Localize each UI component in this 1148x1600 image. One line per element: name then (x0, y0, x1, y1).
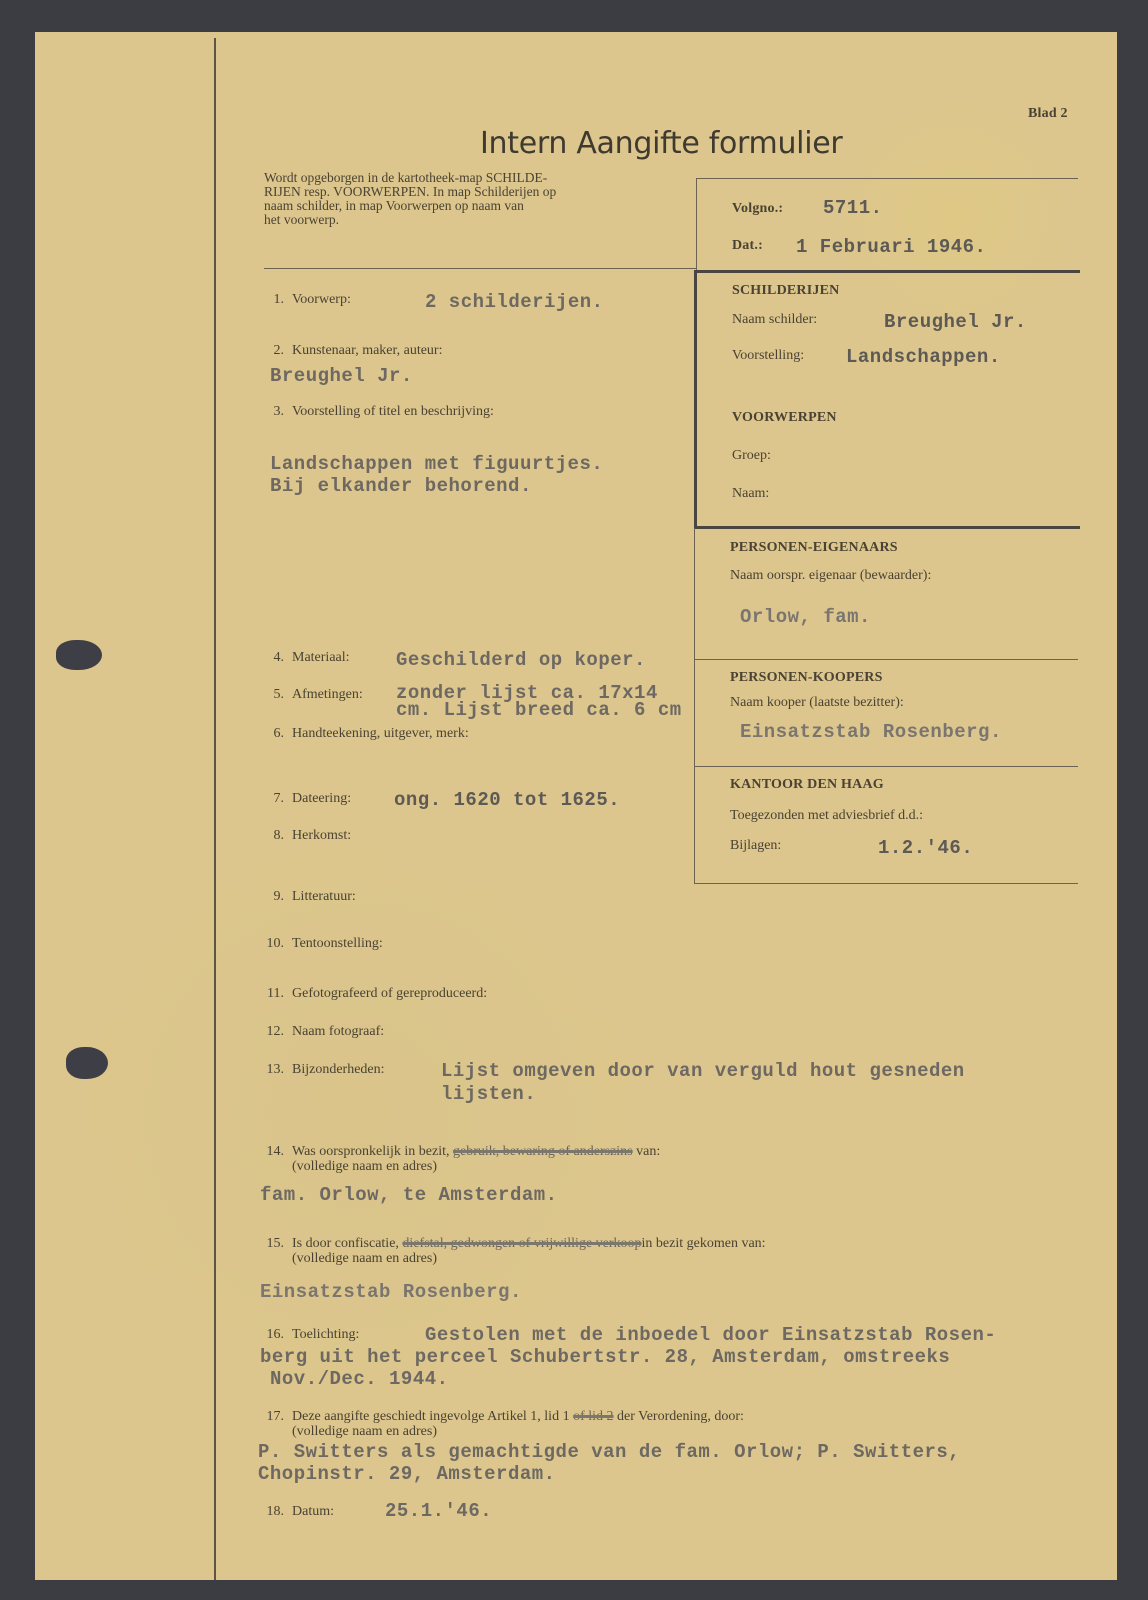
voorwerp-naam-label: Naam: (732, 486, 769, 502)
kooper-label: Naam kooper (laatste bezitter): (730, 695, 904, 711)
date-label: Dat.: (732, 238, 763, 254)
eigenaars-heading: PERSONEN-EIGENAARS (730, 540, 898, 556)
instruction-line: RIJEN resp. VOORWERPEN. In map Schilderi… (264, 185, 674, 199)
field-number: 6. (262, 726, 284, 742)
date-value: 1 Februari 1946. (796, 236, 986, 258)
value-line: Lijst omgeven door van verguld hout gesn… (441, 1060, 965, 1083)
field-label: Afmetingen: (292, 687, 363, 702)
bijlagen-value: 1.2.'46. (878, 837, 973, 859)
field-label: Bijzonderheden: (292, 1062, 385, 1077)
field-label: Naam fotograaf: (292, 1024, 384, 1039)
field-label: Gefotografeerd of gereproduceerd: (292, 986, 487, 1001)
field-number: 13. (262, 1062, 284, 1078)
naam-schilder-value: Breughel Jr. (884, 311, 1027, 333)
voorstelling-label: Voorstelling: (732, 348, 804, 364)
punch-hole-lower (66, 1047, 108, 1079)
value-line: lijsten. (441, 1083, 965, 1106)
field-6-label: 6.Handteekening, uitgever, merk: (262, 726, 469, 742)
eigenaars-bottom-rule (694, 659, 1078, 660)
schilderijen-box-top (694, 270, 1080, 273)
field-2-label: 2.Kunstenaar, maker, auteur: (262, 343, 442, 359)
field-number: 3. (262, 404, 284, 420)
field-15-label: 15.Is door confiscatie, diefstal, gedwon… (262, 1236, 766, 1266)
field-sublabel: (volledige naam en adres) (262, 1424, 744, 1439)
field-18-label: 18.Datum: (262, 1504, 334, 1520)
field-number: 15. (262, 1236, 284, 1251)
voorstelling-value: Landschappen. (846, 346, 1001, 368)
field-5-value: zonder lijst ca. 17x14 cm. Lijst breed c… (396, 685, 682, 719)
struck-text: of lid 2 (573, 1409, 613, 1424)
field-1-value: 2 schilderijen. (425, 291, 604, 313)
field-7-value: ong. 1620 tot 1625. (394, 789, 620, 811)
field-label: Tentoonstelling: (292, 936, 383, 951)
field-label: Was oorspronkelijk in bezit, (292, 1144, 450, 1159)
field-9-label: 9.Litteratuur: (262, 889, 356, 905)
value-line: berg uit het perceel Schubertstr. 28, Am… (260, 1346, 996, 1368)
field-sublabel: (volledige naam en adres) (262, 1159, 660, 1174)
volgno-value: 5711. (823, 197, 883, 219)
kooper-value: Einsatzstab Rosenberg. (740, 721, 1002, 743)
field-number: 9. (262, 889, 284, 905)
field-number: 5. (262, 687, 284, 703)
field-sublabel: (volledige naam en adres) (262, 1251, 766, 1266)
eigenaar-value: Orlow, fam. (740, 606, 871, 628)
field-number: 4. (262, 650, 284, 666)
volgno-label: Volgno.: (732, 201, 783, 217)
field-number: 10. (262, 936, 284, 952)
field-17-value: P. Switters als gemachtigde van de fam. … (258, 1441, 960, 1485)
field-3-value: Landschappen met figuurtjes. Bij elkande… (270, 453, 603, 497)
value-line: P. Switters als gemachtigde van de fam. … (258, 1441, 960, 1463)
field-number: 14. (262, 1144, 284, 1159)
field-18-value: 25.1.'46. (385, 1500, 492, 1522)
field-label: der Verordening, door: (617, 1409, 744, 1424)
field-number: 17. (262, 1409, 284, 1424)
instruction-line: naam schilder, in map Voorwerpen op naam… (264, 199, 674, 213)
field-12-label: 12.Naam fotograaf: (262, 1024, 384, 1040)
margin-rule (214, 38, 216, 1580)
field-label: Herkomst: (292, 828, 351, 843)
kantoor-bottom-rule (694, 883, 1078, 884)
field-number: 18. (262, 1504, 284, 1520)
field-7-label: 7.Dateering: (262, 791, 351, 807)
field-label: Is door confiscatie, (292, 1236, 399, 1251)
field-16-value: Gestolen met de inboedel door Einsatzsta… (260, 1324, 996, 1390)
koopers-heading: PERSONEN-KOOPERS (730, 670, 883, 686)
field-number: 8. (262, 828, 284, 844)
field-label: Handteekening, uitgever, merk: (292, 726, 469, 741)
groep-label: Groep: (732, 448, 771, 464)
header-bottom-rule (264, 268, 696, 269)
field-4-value: Geschilderd op koper. (396, 649, 646, 671)
field-label: Datum: (292, 1504, 334, 1519)
field-8-label: 8.Herkomst: (262, 828, 351, 844)
eigenaar-label: Naam oorspr. eigenaar (bewaarder): (730, 568, 931, 584)
field-4-label: 4.Materiaal: (262, 650, 350, 666)
field-label: Litteratuur: (292, 889, 356, 904)
punch-hole-upper (56, 640, 102, 670)
field-17-label: 17.Deze aangifte geschiedt ingevolge Art… (262, 1409, 744, 1439)
value-line: Landschappen met figuurtjes. (270, 453, 603, 475)
registry-top-rule (696, 178, 1078, 179)
kantoor-heading: KANTOOR DEN HAAG (730, 777, 884, 793)
sidebox-left-rule (694, 528, 695, 884)
schilderijen-box-bottom (694, 526, 1080, 529)
field-14-label: 14.Was oorspronkelijk in bezit, gebruik,… (262, 1144, 660, 1174)
field-13-label: 13.Bijzonderheden: (262, 1062, 385, 1078)
instruction-line: het voorwerp. (264, 213, 674, 227)
field-5-label: 5.Afmetingen: (262, 687, 363, 703)
bijlagen-label: Bijlagen: (730, 838, 781, 854)
field-11-label: 11.Gefotografeerd of gereproduceerd: (262, 986, 487, 1002)
value-line: Chopinstr. 29, Amsterdam. (258, 1463, 960, 1485)
field-10-label: 10.Tentoonstelling: (262, 936, 383, 952)
field-number: 7. (262, 791, 284, 807)
sheet-number: Blad 2 (1028, 106, 1068, 122)
schilderijen-box-left (694, 270, 697, 528)
value-line: Bij elkander behorend. (270, 475, 603, 497)
koopers-bottom-rule (694, 766, 1078, 767)
field-14-value: fam. Orlow, te Amsterdam. (260, 1184, 558, 1206)
field-13-value: Lijst omgeven door van verguld hout gesn… (441, 1060, 965, 1106)
field-label: Voorstelling of titel en beschrijving: (292, 404, 494, 419)
field-label: Deze aangifte geschiedt ingevolge Artike… (292, 1409, 570, 1424)
naam-schilder-label: Naam schilder: (732, 312, 817, 328)
struck-text: gebruik, bewaring of anderszins (453, 1144, 633, 1159)
field-label: in bezit gekomen van: (642, 1236, 766, 1251)
field-number: 11. (262, 986, 284, 1002)
field-15-value: Einsatzstab Rosenberg. (260, 1281, 522, 1303)
value-line: Nov./Dec. 1944. (260, 1368, 996, 1390)
field-3-label: 3.Voorstelling of titel en beschrijving: (262, 404, 494, 420)
toegezonden-label: Toegezonden met adviesbrief d.d.: (730, 808, 923, 824)
value-line: cm. Lijst breed ca. 6 cm (396, 702, 682, 719)
page-title: Intern Aangifte formulier (480, 126, 842, 161)
value-line: Gestolen met de inboedel door Einsatzsta… (260, 1324, 996, 1346)
schilderijen-heading: SCHILDERIJEN (732, 283, 839, 299)
field-number: 2. (262, 343, 284, 359)
field-label: Voorwerp: (292, 292, 351, 307)
field-label: Kunstenaar, maker, auteur: (292, 343, 442, 358)
voorwerpen-heading: VOORWERPEN (732, 410, 837, 426)
field-label: Materiaal: (292, 650, 350, 665)
instruction-line: Wordt opgeborgen in de kartotheek-map SC… (264, 171, 674, 185)
field-2-value: Breughel Jr. (270, 365, 413, 387)
field-number: 1. (262, 292, 284, 308)
field-1-label: 1.Voorwerp: (262, 292, 351, 308)
field-label: Dateering: (292, 791, 351, 806)
filing-instructions: Wordt opgeborgen in de kartotheek-map SC… (264, 171, 674, 227)
field-number: 12. (262, 1024, 284, 1040)
struck-text: diefstal, gedwongen of vrijwillige verko… (402, 1236, 641, 1251)
field-label: van: (636, 1144, 660, 1159)
registry-left-rule (696, 178, 697, 270)
